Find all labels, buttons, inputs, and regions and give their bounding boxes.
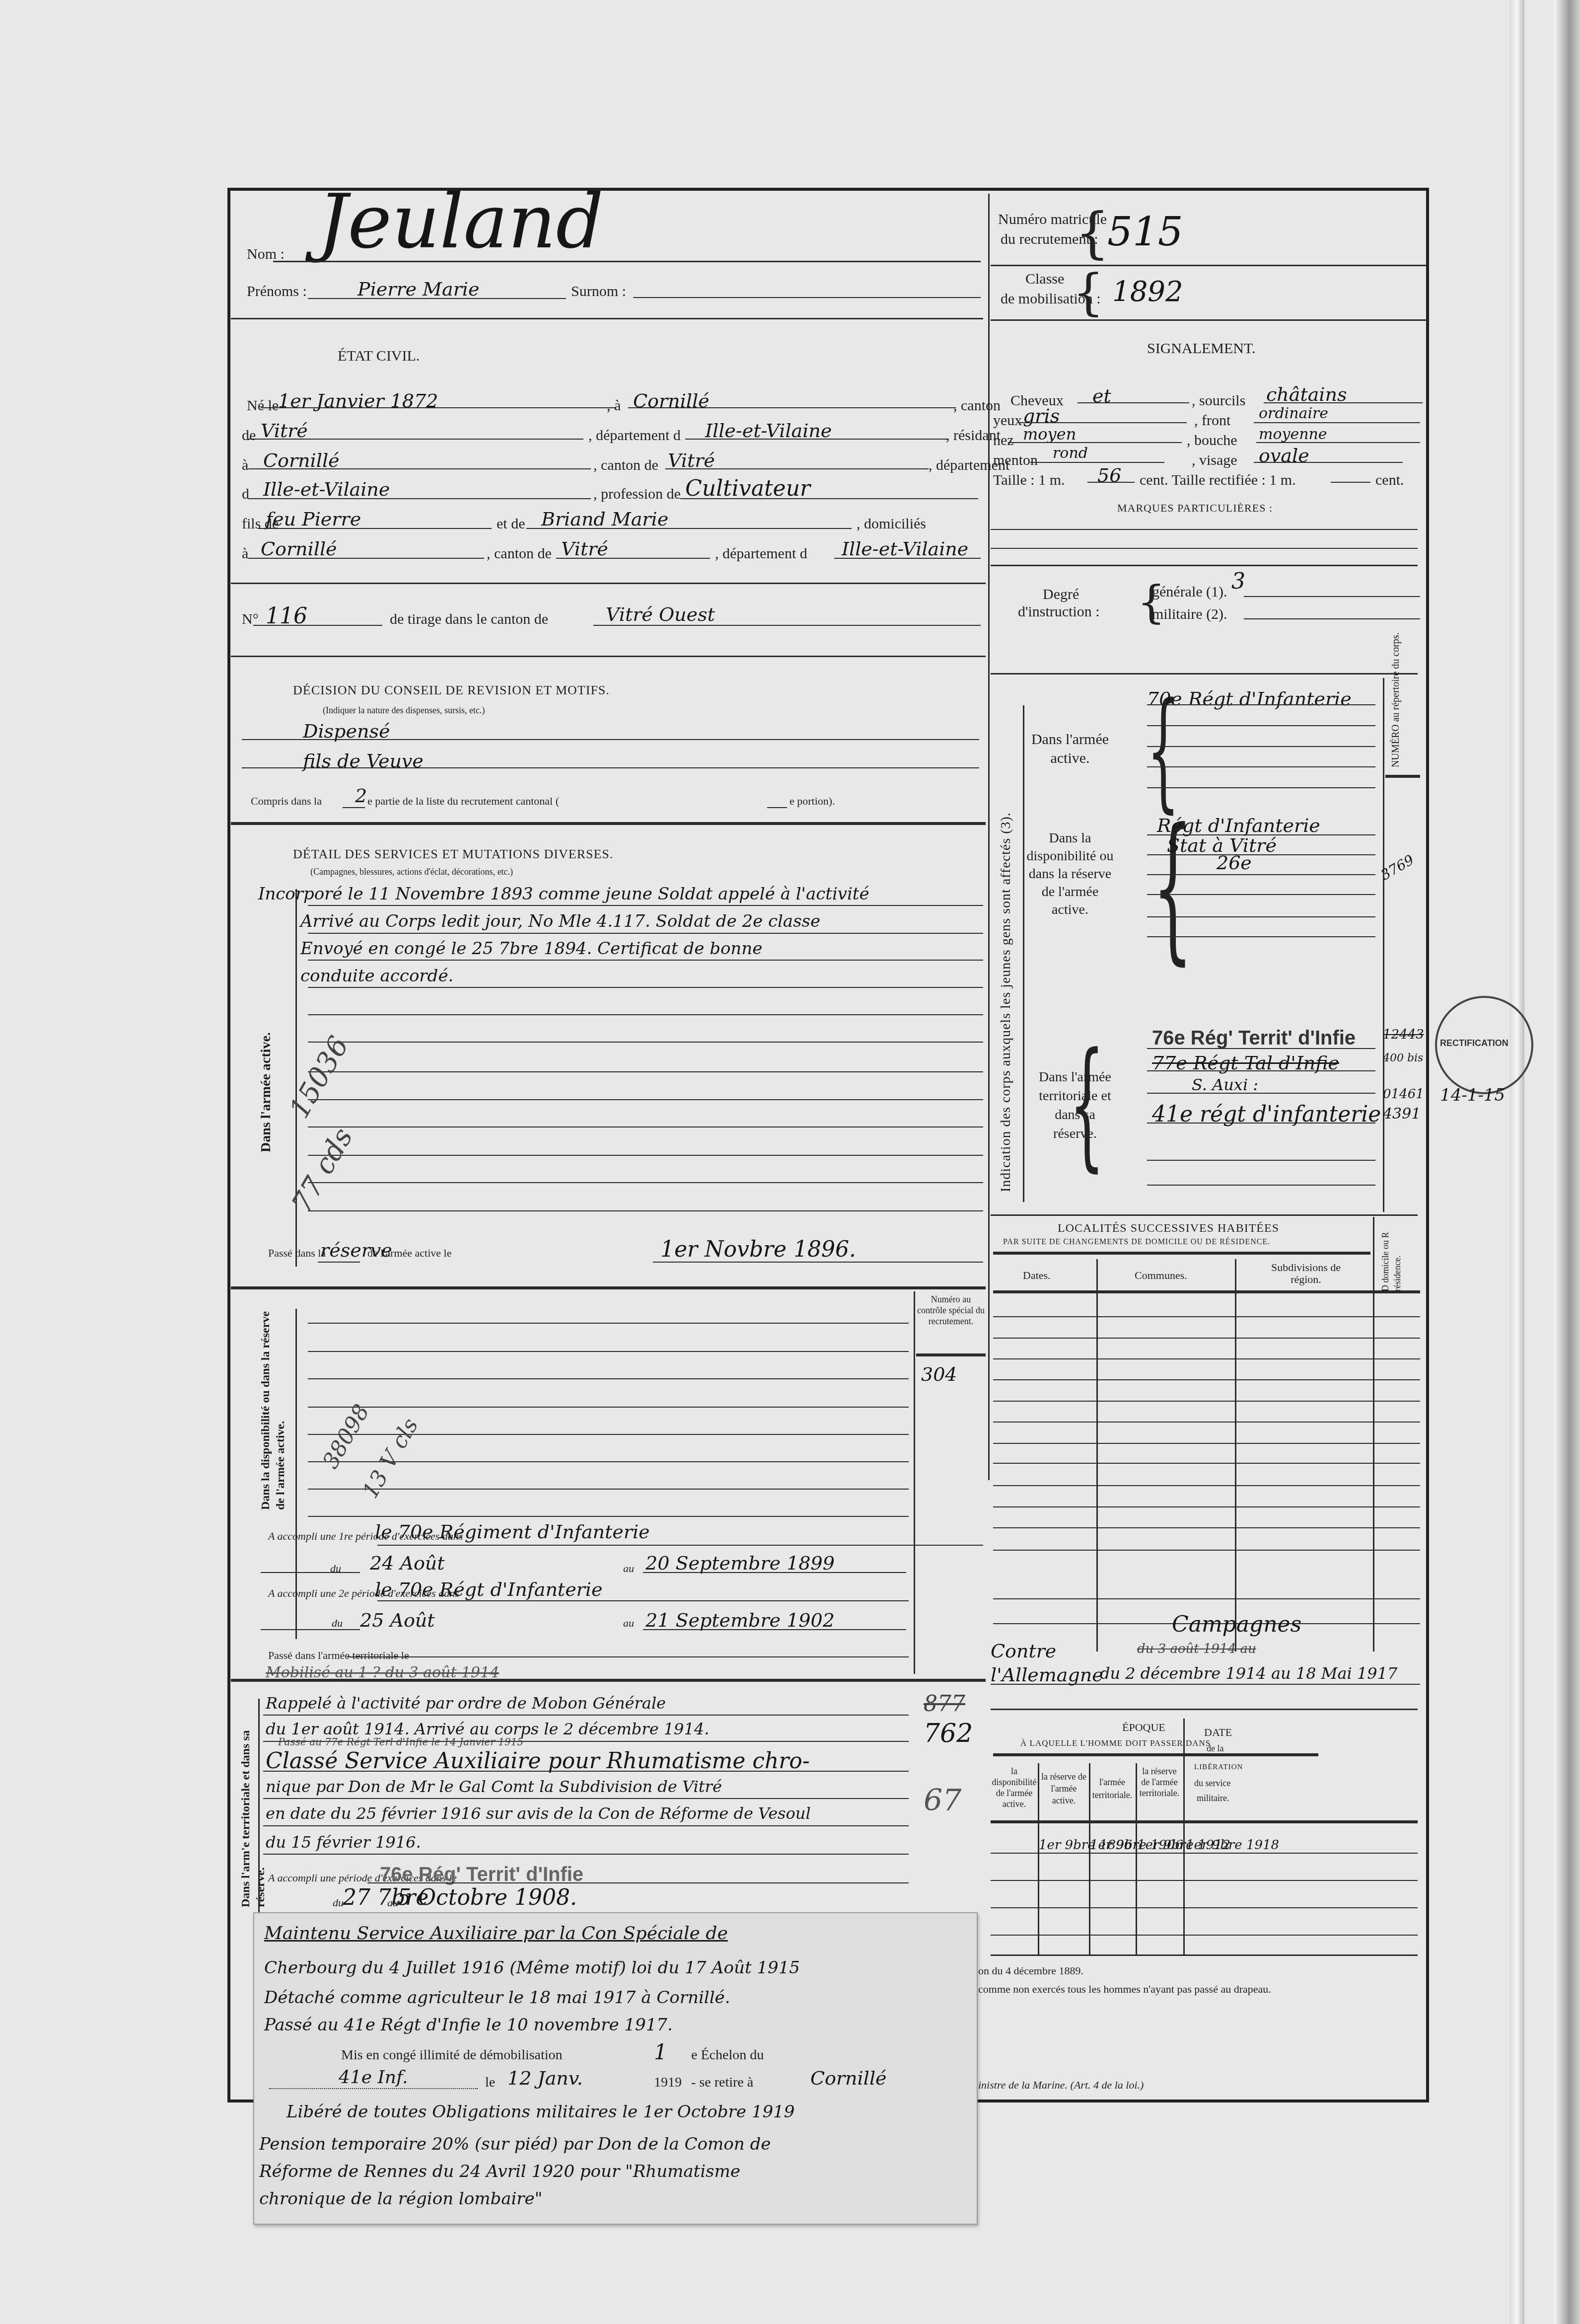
portion-underline bbox=[767, 807, 787, 808]
dispo-line-7 bbox=[308, 1489, 909, 1490]
cheveux-value: et bbox=[1092, 385, 1111, 407]
epoque-title: ÉPOQUE bbox=[1122, 1721, 1165, 1734]
decision-title: DÉCISION DU CONSEIL DE REVISION ET MOTIF… bbox=[293, 683, 610, 698]
marques-line-1 bbox=[991, 529, 1418, 530]
epoque-row-2 bbox=[991, 1880, 1418, 1881]
front-label: , front bbox=[1194, 412, 1230, 429]
localites-col-dates: Dates. bbox=[1023, 1269, 1051, 1282]
services-title: DÉTAIL DES SERVICES ET MUTATIONS DIVERSE… bbox=[293, 847, 613, 862]
pension-line-3: chronique de la région lombaire" bbox=[259, 2189, 542, 2209]
pasted-note: Maintenu Service Auxiliaire par la Con S… bbox=[253, 1912, 978, 2225]
taille-cent-end: cent. bbox=[1375, 472, 1404, 489]
terr-underline-1 bbox=[263, 1715, 909, 1716]
side-label-active: Dans l'armée active. bbox=[258, 1032, 274, 1152]
epoque-col-1: la disponibilité de l'armée active. bbox=[991, 1766, 1038, 1809]
services-left-rule bbox=[295, 889, 297, 1267]
res-canton-label: , canton de bbox=[593, 457, 658, 474]
conge-label: Mis en congé illimité de démobilisation bbox=[341, 2047, 563, 2063]
localites-row-5 bbox=[993, 1401, 1420, 1402]
active-value: 70e Régt d'Infanterie bbox=[1147, 688, 1352, 710]
menton-value: rond bbox=[1053, 445, 1088, 462]
compris-label-3: e portion). bbox=[790, 795, 835, 808]
territoriale-number-2: 400 bis bbox=[1383, 1052, 1423, 1064]
passe-label-2: de l'armée active le bbox=[367, 1247, 451, 1260]
nez-label: nez bbox=[993, 432, 1014, 449]
nom-underline bbox=[273, 261, 981, 262]
echelon-label: e Échelon du bbox=[691, 2047, 764, 2063]
nez-value: moyen bbox=[1023, 425, 1076, 444]
side-label-terr: Dans l'arm'e territoriale et dans sa rés… bbox=[238, 1709, 268, 1907]
corps-divider bbox=[991, 1214, 1418, 1216]
departement-underline bbox=[685, 439, 948, 440]
prenoms-value: Pierre Marie bbox=[358, 278, 479, 300]
services-underline-2 bbox=[308, 933, 983, 934]
campagnes-struck: du 3 août 1914 au bbox=[1137, 1642, 1256, 1656]
numero-header-rule bbox=[916, 1353, 986, 1356]
dispo-line-8 bbox=[308, 1516, 909, 1517]
epoque-row-3 bbox=[991, 1907, 1418, 1908]
visage-value: ovale bbox=[1259, 445, 1309, 466]
terr-underline-4 bbox=[263, 1798, 909, 1799]
militaire-underline bbox=[1244, 618, 1420, 619]
next-page-edge bbox=[1554, 0, 1580, 2324]
periode2-unit: le 70e Régt d'Infanterie bbox=[375, 1578, 602, 1600]
periode2-underline-2 bbox=[261, 1629, 360, 1630]
domicilies-label: , domiciliés bbox=[857, 516, 926, 532]
ne-le-underline bbox=[261, 407, 616, 408]
localites-subheader-rule bbox=[993, 1290, 1420, 1293]
canton-label: , canton bbox=[953, 397, 1001, 414]
res-departement-value: Ille-et-Vilaine bbox=[263, 478, 390, 500]
dispo-line-4 bbox=[308, 1407, 909, 1408]
terr-underline-3 bbox=[263, 1771, 909, 1772]
localites-row-4 bbox=[993, 1379, 1420, 1380]
localites-row-8 bbox=[993, 1463, 1420, 1464]
tirage-canton-underline bbox=[593, 625, 981, 626]
terr-exercices-underline bbox=[367, 1882, 909, 1883]
decision-underline-1 bbox=[242, 739, 979, 740]
dom-departement-value: Ille-et-Vilaine bbox=[842, 538, 968, 560]
register-page: Jeuland Nom : Prénoms : Pierre Marie Sur… bbox=[0, 0, 1554, 2324]
bouche-value: moyenne bbox=[1259, 426, 1327, 443]
active-line-3 bbox=[1147, 746, 1375, 747]
services-underline-7 bbox=[308, 1071, 983, 1072]
decision-divider bbox=[231, 822, 986, 825]
localites-col-rule-2 bbox=[1235, 1259, 1236, 1651]
periode1-underline-2 bbox=[261, 1572, 360, 1573]
visage-label: , visage bbox=[1192, 452, 1237, 469]
degre-label-1: Degré bbox=[1043, 586, 1079, 603]
marques-line-2 bbox=[991, 548, 1418, 549]
localites-header-rule bbox=[993, 1252, 1370, 1255]
page-spine bbox=[1509, 0, 1524, 2324]
compris-label-2: e partie de la liste du recrutement cant… bbox=[367, 795, 559, 808]
periode1-underline-1 bbox=[377, 1545, 983, 1546]
services-underline-5 bbox=[308, 1014, 983, 1015]
periode2-underline-1 bbox=[377, 1600, 909, 1601]
campagnes-period: du 2 décembre 1914 au 18 Mai 1917 bbox=[1100, 1664, 1397, 1683]
matricule-value: 515 bbox=[1107, 209, 1183, 255]
marques-title: MARQUES PARTICULIÈRES : bbox=[1117, 502, 1273, 515]
dom-canton-label: , canton de bbox=[487, 545, 552, 562]
corps-right-rule bbox=[1383, 678, 1384, 1212]
unit-value: 41e Inf. bbox=[339, 2067, 408, 2088]
decision-underline-2 bbox=[242, 767, 979, 768]
prenoms-label: Prénoms : bbox=[247, 283, 307, 300]
etat-civil-title: ÉTAT CIVIL. bbox=[338, 348, 420, 365]
services-underline-4 bbox=[308, 987, 983, 988]
decision-subtitle: (Indiquer la nature des dispenses, sursi… bbox=[323, 705, 485, 716]
nez-underline bbox=[1008, 442, 1182, 443]
terr-overwrite-note: Passé au 77e Régt Terl d'Infie le 14 Jan… bbox=[278, 1736, 523, 1748]
terr-line-6: du 15 février 1916. bbox=[266, 1833, 421, 1852]
year-label: 1919 bbox=[654, 2075, 682, 2091]
localites-row-7 bbox=[993, 1443, 1420, 1444]
yeux-underline bbox=[1018, 422, 1187, 423]
epoque-top-rule bbox=[991, 1709, 1418, 1710]
terr-line-5: en date du 25 février 1916 sur avis de l… bbox=[266, 1804, 811, 1823]
pasted-line-2: Cherbourg du 4 Juillet 1916 (Même motif)… bbox=[264, 1958, 800, 1978]
profession-value: Cultivateur bbox=[685, 476, 810, 501]
epoque-col-rule-4 bbox=[1183, 1719, 1185, 1954]
numero-column-rule bbox=[914, 1291, 915, 1674]
tirage-canton-value: Vitré Ouest bbox=[606, 603, 715, 625]
militaire-label: militaire (2). bbox=[1152, 606, 1227, 623]
localites-row-11 bbox=[993, 1527, 1420, 1528]
dispo-divider bbox=[231, 1679, 986, 1682]
terr-margin-number-3: 67 bbox=[924, 1783, 961, 1818]
taille-label: Taille : 1 m. bbox=[993, 472, 1065, 489]
dom-departement-underline bbox=[834, 558, 981, 559]
a-value: Cornillé bbox=[633, 390, 710, 412]
periode2-au-label: au bbox=[623, 1617, 634, 1630]
passe-date: 1er Novbre 1896. bbox=[660, 1237, 856, 1262]
retire-value: Cornillé bbox=[810, 2067, 887, 2089]
mother-underline bbox=[526, 528, 852, 529]
signalement-title: SIGNALEMENT. bbox=[1147, 340, 1256, 357]
periode1-du-label: du bbox=[330, 1562, 341, 1575]
cheveux-underline bbox=[1077, 402, 1189, 403]
localites-col-rule-3 bbox=[1373, 1217, 1374, 1651]
visage-underline bbox=[1254, 462, 1403, 463]
corps-left-rule bbox=[1023, 705, 1024, 1202]
localites-row-2 bbox=[993, 1338, 1420, 1339]
profession-label: , profession de bbox=[593, 486, 681, 503]
liberation-header-3: LIBÉRATION bbox=[1194, 1763, 1243, 1772]
res-departement-prefix: d bbox=[242, 486, 249, 503]
taille-rectifiee-underline bbox=[1331, 482, 1370, 483]
periode1-underline-3 bbox=[643, 1572, 906, 1573]
periode1-to: 20 Septembre 1899 bbox=[646, 1552, 835, 1574]
services-underline-1 bbox=[308, 905, 983, 906]
services-line-4: conduite accordé. bbox=[300, 966, 453, 986]
terr-line-4: nique par Don de Mr le Gal Comt la Subdi… bbox=[266, 1777, 722, 1796]
classe-label-1: Classe bbox=[1025, 271, 1064, 288]
periode2-underline-3 bbox=[643, 1629, 906, 1630]
reserve-value-3: 26e bbox=[1217, 852, 1252, 874]
liberation-line: Libéré de toutes Obligations militaires … bbox=[287, 2102, 794, 2122]
periode1-from: 24 Août bbox=[370, 1552, 445, 1574]
repertoire-rule bbox=[1385, 775, 1420, 778]
generale-underline bbox=[1244, 596, 1420, 597]
periode1-au-label: au bbox=[623, 1562, 634, 1575]
services-underline-3 bbox=[308, 960, 983, 961]
rectification-stamp-text: RECTIFICATION bbox=[1440, 1038, 1508, 1049]
menton-label: menton bbox=[993, 452, 1038, 469]
et-de-label: et de bbox=[497, 516, 525, 532]
localites-col-subdivisions: Subdivisions de région. bbox=[1264, 1262, 1348, 1285]
taille-underline bbox=[1087, 482, 1135, 483]
territoriale-value-3: S. Auxi : bbox=[1192, 1075, 1258, 1094]
pasted-line-1: Maintenu Service Auxiliaire par la Con S… bbox=[264, 1923, 728, 1944]
name-block-divider bbox=[231, 318, 983, 319]
date-value: 12 Janv. bbox=[507, 2067, 583, 2089]
corps-side-label: Indication des corps auxquels les jeunes… bbox=[998, 812, 1014, 1192]
pension-line-1: Pension temporaire 20% (sur piéd) par Do… bbox=[259, 2134, 771, 2154]
father-value: feu Pierre bbox=[266, 508, 361, 530]
matricule-brace: { bbox=[1075, 201, 1110, 265]
terr-line-3: Classé Service Auxiliaire pour Rhumatism… bbox=[266, 1748, 810, 1774]
terr-du-label: du bbox=[333, 1896, 344, 1909]
passe-label-1: Passé dans la bbox=[268, 1247, 326, 1260]
territoriale-corps-line-6 bbox=[1147, 1185, 1375, 1186]
terr-to: 5 Octobre 1908. bbox=[397, 1885, 577, 1910]
residant-underline bbox=[248, 468, 591, 469]
epoque-header-rule bbox=[993, 1753, 1318, 1756]
front-value: ordinaire bbox=[1259, 405, 1328, 422]
campagnes-title: Campagnes bbox=[1172, 1612, 1301, 1637]
retire-label: - se retire à bbox=[691, 2075, 753, 2091]
terr-line-1: Rappelé à l'activité par ordre de Mobon … bbox=[266, 1694, 666, 1713]
classe-value: 1892 bbox=[1112, 276, 1183, 308]
residant-label: , résidant bbox=[946, 427, 1001, 444]
echelon-value: 1 bbox=[654, 2040, 667, 2064]
rectification-stamp-date: 14-1-15 bbox=[1440, 1085, 1505, 1105]
res-departement-underline bbox=[248, 498, 591, 499]
territoriale-corps-line-3 bbox=[1147, 1093, 1375, 1094]
localites-row-3 bbox=[993, 1358, 1420, 1359]
services-underline-8 bbox=[308, 1099, 983, 1100]
dispo-line-1 bbox=[308, 1323, 909, 1324]
signalement-divider bbox=[991, 673, 1418, 675]
ne-le-label: Né le bbox=[247, 397, 279, 414]
active-label: Dans l'armée active. bbox=[1028, 730, 1112, 768]
liberation-header-4: du service bbox=[1194, 1778, 1230, 1789]
reserve-label: Dans la disponibilité ou dans la réserve… bbox=[1023, 829, 1117, 919]
localites-row-12 bbox=[993, 1550, 1420, 1551]
dispo-line-2 bbox=[308, 1351, 909, 1352]
territoriale-number-4: 4391 bbox=[1383, 1105, 1421, 1123]
active-line-1 bbox=[1147, 704, 1375, 705]
periode2-from: 25 Août bbox=[360, 1609, 435, 1631]
epoque-subheader-rule bbox=[991, 1820, 1418, 1823]
localites-row-6 bbox=[993, 1422, 1420, 1423]
dom-underline bbox=[248, 558, 484, 559]
territoriale-corps-line-2 bbox=[1147, 1070, 1375, 1071]
nom-value: Jeuland bbox=[318, 179, 604, 265]
localites-row-13 bbox=[993, 1598, 1420, 1599]
footnote-1: on du 4 décembre 1889. bbox=[978, 1964, 1083, 1977]
terr-underline-6 bbox=[263, 1854, 909, 1855]
dom-value: Cornillé bbox=[261, 538, 337, 560]
repertoire-label: NUMÉRO au répertoire du corps. bbox=[1390, 632, 1402, 767]
localites-subtitle: PAR SUITE DE CHANGEMENTS DE DOMICILE OU … bbox=[1003, 1238, 1270, 1247]
active-line-4 bbox=[1147, 766, 1375, 767]
localites-row-1 bbox=[993, 1316, 1420, 1317]
column-divider bbox=[988, 194, 990, 1480]
res-canton-underline bbox=[665, 468, 929, 469]
classe-divider bbox=[991, 319, 1428, 321]
classe-brace: { bbox=[1073, 263, 1104, 321]
services-underline-10 bbox=[308, 1155, 983, 1156]
side-label-dispo: Dans la disponibilité ou dans la réserve… bbox=[258, 1301, 288, 1510]
mother-value: Briand Marie bbox=[541, 508, 668, 530]
canton-underline bbox=[248, 439, 583, 440]
sourcils-underline bbox=[1264, 402, 1423, 403]
profession-underline bbox=[680, 498, 978, 499]
compris-label-1: Compris dans la bbox=[251, 795, 322, 808]
dispo-line-3 bbox=[308, 1378, 909, 1379]
numero-value: 304 bbox=[921, 1363, 957, 1385]
campagnes-col1: Contre l'Allemagne bbox=[991, 1639, 1090, 1687]
passe-underline-1 bbox=[318, 1262, 360, 1263]
yeux-value: gris bbox=[1023, 405, 1060, 427]
liberation-header-1: DATE bbox=[1204, 1726, 1232, 1739]
services-subtitle: (Campagnes, blessures, actions d'éclat, … bbox=[310, 867, 513, 877]
epoque-col-2: la réserve de l'armée active. bbox=[1040, 1771, 1087, 1806]
territoriale-number-1: 12443 bbox=[1383, 1027, 1424, 1042]
yeux-label: yeux bbox=[993, 412, 1022, 429]
reserve-line-5 bbox=[1147, 916, 1375, 917]
campagnes-underline bbox=[991, 1684, 1420, 1685]
ne-le-value: 1er Janvier 1872 bbox=[278, 390, 438, 412]
marques-divider bbox=[991, 565, 1418, 566]
canton-prefix: de bbox=[242, 427, 256, 444]
departement-label: , département d bbox=[588, 427, 681, 444]
territoriale-label: Passé dans l'armée territoriale le bbox=[268, 1649, 409, 1662]
periode1-unit: le 70e Régiment d'Infanterie bbox=[375, 1521, 971, 1543]
menton-underline bbox=[1030, 462, 1164, 463]
surnom-label: Surnom : bbox=[571, 283, 626, 300]
le-label: le bbox=[485, 2075, 495, 2091]
services-underline-6 bbox=[308, 1042, 983, 1043]
periode2-to: 21 Septembre 1902 bbox=[646, 1609, 835, 1631]
terr-margin-number-2: 762 bbox=[924, 1719, 973, 1748]
liberation-header-2: de la bbox=[1207, 1743, 1223, 1754]
services-underline-11 bbox=[308, 1182, 983, 1183]
localites-row-10 bbox=[993, 1506, 1420, 1507]
territoriale-corps-line-5 bbox=[1147, 1160, 1375, 1161]
territoriale-stamp: 76e Rég' Territ' d'Infie bbox=[1152, 1027, 1356, 1050]
terr-margin-number-1: 877 bbox=[924, 1691, 965, 1717]
a-label: , à bbox=[607, 397, 621, 414]
reserve-line-4 bbox=[1147, 894, 1375, 895]
localites-col-dr: D domicile ou R résidence. bbox=[1379, 1217, 1403, 1291]
nom-label: Nom : bbox=[247, 246, 285, 263]
generale-label: générale (1). bbox=[1152, 584, 1227, 600]
territoriale-number-3: 01461 bbox=[1383, 1087, 1424, 1102]
bouche-underline bbox=[1256, 442, 1420, 443]
footnote-2: comme non exercés tous les hommes n'ayan… bbox=[978, 1983, 1271, 1996]
pasted-line-3: Détaché comme agriculteur le 18 mai 1917… bbox=[264, 1988, 730, 2008]
periode2-du-label: du bbox=[332, 1617, 343, 1630]
dom-canton-value: Vitré bbox=[561, 538, 608, 560]
services-line-1: Incorporé le 11 Novembre 1893 comme jeun… bbox=[258, 884, 869, 904]
compris-underline bbox=[343, 807, 365, 808]
services-line-2: Arrivé au Corps ledit jour, No Mle 4.117… bbox=[300, 911, 820, 931]
epoque-col-4: la réserve de l'armée territoriale. bbox=[1137, 1766, 1182, 1799]
residant-prefix: à bbox=[242, 457, 248, 474]
decision-line-2: fils de Veuve bbox=[303, 750, 424, 772]
reserve-line-2 bbox=[1147, 854, 1375, 855]
reserve-line-3 bbox=[1147, 874, 1375, 875]
territoriale-corps-brace: { bbox=[1069, 1023, 1104, 1185]
dom-prefix: à bbox=[242, 545, 248, 562]
liberation-value: 1er 9bre 1918 bbox=[1186, 1838, 1279, 1853]
territoriale-corps-line-1 bbox=[1147, 1048, 1375, 1049]
territoriale-corps-line-4 bbox=[1147, 1123, 1375, 1124]
dom-departement-label: , département d bbox=[715, 545, 807, 562]
territoriale-underline bbox=[348, 1656, 909, 1657]
tirage-no-underline bbox=[253, 625, 382, 626]
a-underline bbox=[628, 407, 956, 408]
epoque-col-rule-1 bbox=[1038, 1763, 1039, 1954]
pension-line-2: Réforme de Rennes du 24 Avril 1920 pour … bbox=[259, 2162, 740, 2181]
tirage-label: de tirage dans le canton de bbox=[390, 611, 548, 628]
compris-value: 2 bbox=[355, 785, 367, 807]
surnom-underline bbox=[633, 297, 981, 298]
epoque-row-1 bbox=[991, 1853, 1418, 1854]
etat-civil-divider bbox=[231, 583, 986, 584]
localites-title: LOCALITÉS SUCCESSIVES HABITÉES bbox=[1058, 1222, 1279, 1235]
services-divider bbox=[231, 1286, 986, 1289]
epoque-row-4 bbox=[991, 1935, 1418, 1936]
active-line-2 bbox=[1147, 725, 1375, 726]
services-underline-12 bbox=[308, 1210, 983, 1211]
epoque-subtitle: À LAQUELLE L'HOMME DOIT PASSER DANS bbox=[1020, 1738, 1211, 1748]
active-line-5 bbox=[1147, 787, 1375, 788]
services-underline-9 bbox=[308, 1126, 983, 1127]
sourcils-label: , sourcils bbox=[1192, 392, 1245, 409]
terr-au-label: au bbox=[387, 1896, 398, 1909]
reserve-value-1: Régt d'Infanterie bbox=[1157, 815, 1320, 836]
numero-header: Numéro au contrôle spécial du recrutemen… bbox=[916, 1294, 986, 1327]
matricule-divider bbox=[991, 265, 1428, 266]
services-line-3: Envoyé en congé le 25 7bre 1894. Certifi… bbox=[300, 939, 762, 959]
localites-row-9 bbox=[993, 1485, 1420, 1486]
unit-underline bbox=[269, 2088, 478, 2089]
epoque-col-3: l'armée territoriale. bbox=[1090, 1776, 1135, 1801]
bouche-label: , bouche bbox=[1187, 432, 1237, 449]
father-underline bbox=[258, 528, 492, 529]
generale-value: 3 bbox=[1231, 569, 1245, 594]
front-underline bbox=[1254, 422, 1420, 423]
taille-value: 56 bbox=[1097, 464, 1121, 486]
localites-col-rule-1 bbox=[1096, 1259, 1098, 1651]
footnote-3: inistre de la Marine. (Art. 4 de la loi.… bbox=[978, 2079, 1144, 2092]
dom-canton-underline bbox=[556, 558, 710, 559]
taille-cent-label: cent. Taille rectifiée : 1 m. bbox=[1140, 472, 1296, 489]
degre-label-2: d'instruction : bbox=[1018, 603, 1100, 620]
tirage-divider bbox=[231, 656, 986, 657]
reserve-line-6 bbox=[1147, 936, 1375, 937]
terr-underline-5 bbox=[263, 1825, 909, 1826]
liberation-header-5: militaire. bbox=[1197, 1793, 1229, 1803]
epoque-bottom-rule bbox=[991, 1954, 1418, 1956]
passe-underline-2 bbox=[653, 1262, 983, 1263]
prenoms-underline bbox=[308, 298, 566, 299]
localites-col-communes: Communes. bbox=[1135, 1269, 1187, 1282]
